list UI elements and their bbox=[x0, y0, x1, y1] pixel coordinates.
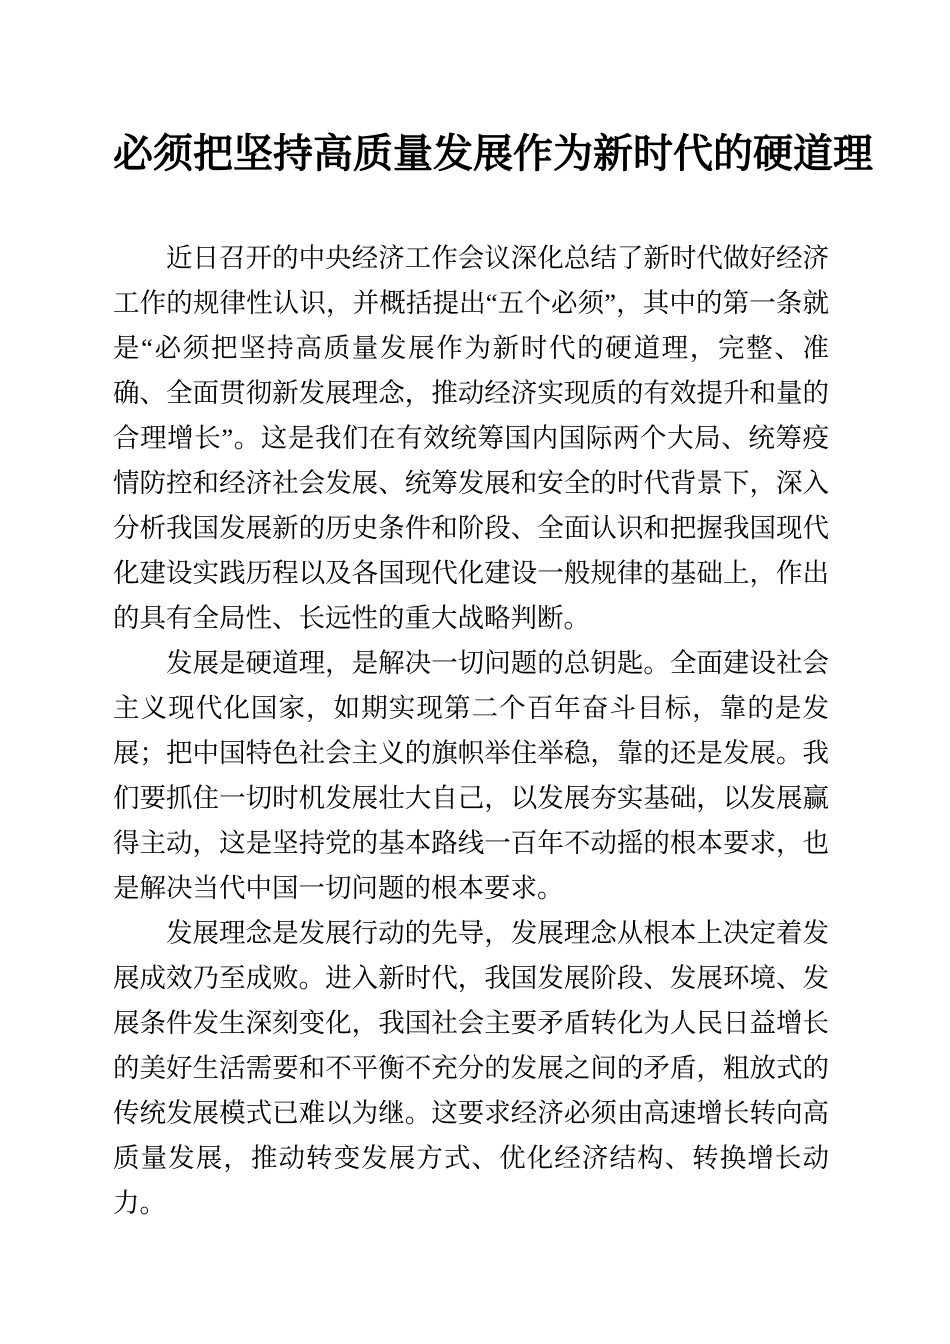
paragraph-3: 发展理念是发展行动的先导，发展理念从根本上决定着发展成效乃至成败。进入新时代，我… bbox=[113, 911, 829, 1226]
paragraph-1: 近日召开的中央经济工作会议深化总结了新时代做好经济工作的规律性认识，并概括提出“… bbox=[113, 236, 829, 641]
document-body: 近日召开的中央经济工作会议深化总结了新时代做好经济工作的规律性认识，并概括提出“… bbox=[113, 236, 829, 1226]
document-title: 必须把坚持高质量发展作为新时代的硬道理 bbox=[113, 130, 829, 178]
paragraph-2: 发展是硬道理，是解决一切问题的总钥匙。全面建设社会主义现代化国家，如期实现第二个… bbox=[113, 641, 829, 911]
document-page: 必须把坚持高质量发展作为新时代的硬道理 近日召开的中央经济工作会议深化总结了新时… bbox=[0, 0, 950, 1344]
